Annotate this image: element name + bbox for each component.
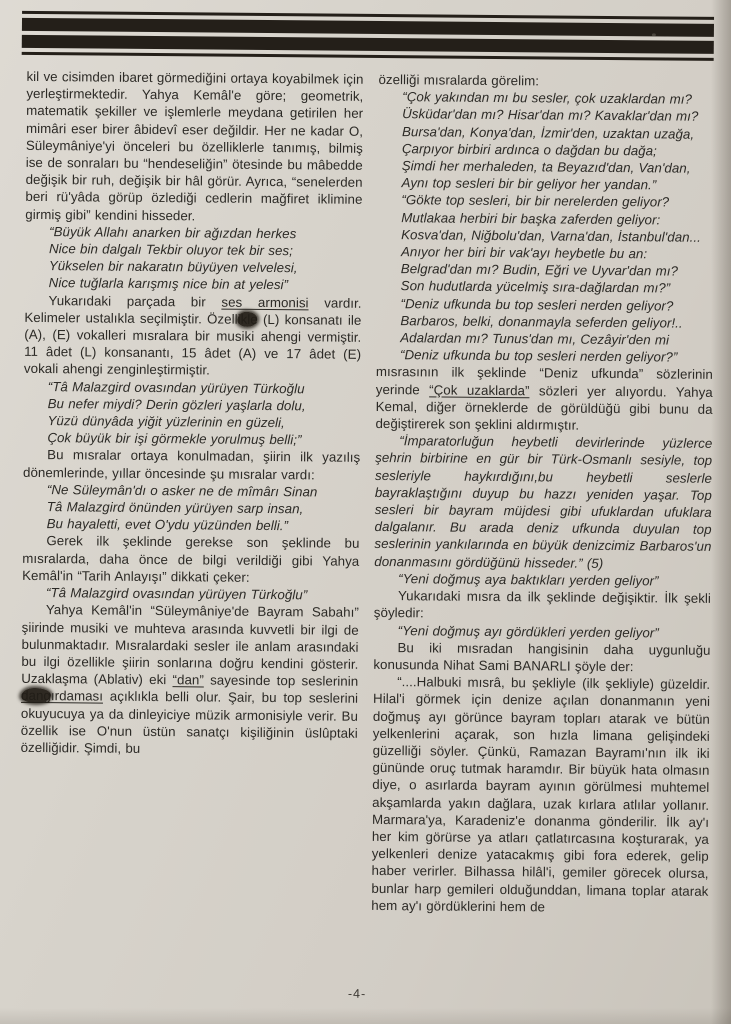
column-right: özelliği mısralarda görelim:“Çok yakında…	[371, 71, 715, 917]
ink-blot: ikle	[238, 312, 258, 327]
header-rule-thick-2	[22, 35, 714, 54]
paragraph: Yukarıdaki parçada bir ses armonisi vard…	[24, 292, 362, 381]
scanned-page: kil ve cisimden ibaret görmediğini ortay…	[0, 0, 731, 1024]
page-bottom-shadow	[0, 1008, 731, 1024]
text-run: Yukarıdaki mısra da ilk şeklinde değişik…	[374, 588, 711, 620]
paragraph: Bu iki mısradan hangisinin daha uygunluğ…	[373, 639, 710, 676]
paragraph: kil ve cisimden ibaret görmediğini ortay…	[25, 68, 363, 226]
ink-blot: dang	[21, 688, 51, 703]
paragraph: “....Halbuki mısrâ, bu şekliyle (ilk şek…	[371, 673, 710, 917]
underlined-text: “Çok uzaklarda”	[429, 382, 529, 398]
header-rule-bars	[22, 11, 714, 61]
text-run: “....Halbuki mısrâ, bu şekliyle (ilk şek…	[371, 674, 710, 914]
paragraph: Yahya Kemâl'in “Süleymâniye'de Bayram Sa…	[21, 601, 359, 759]
header-rule-thick-1	[22, 18, 714, 37]
underlined-text: ses armonisi	[221, 294, 308, 310]
text-run: Yukarıdaki parçada bir	[48, 293, 221, 310]
text-run: sayesinde top seslerinin	[204, 673, 359, 689]
page-number: -4-	[0, 984, 723, 1004]
text-columns: kil ve cisimden ibaret görmediğini ortay…	[19, 68, 716, 917]
paragraph: Bu mısralar ortaya konulmadan, şiirin il…	[23, 446, 360, 483]
text-run: Gerek ilk şeklinde gerekse son şeklinde …	[22, 534, 359, 585]
paragraph: Gerek ilk şeklinde gerekse son şeklinde …	[22, 532, 359, 587]
verse-block: “Tâ Malazgird ovasından yürüyen Türkoğlu…	[23, 378, 361, 450]
column-left: kil ve cisimden ibaret görmediğini ortay…	[19, 68, 363, 914]
paragraph: mısrasının ilk şeklinde “Deniz ufkunda” …	[375, 363, 713, 435]
page-sheet: kil ve cisimden ibaret görmediğini ortay…	[0, 0, 731, 1024]
text-run: Bu iki mısradan hangisinin daha uygunluğ…	[373, 640, 710, 674]
underlined-text: “dan”	[173, 672, 204, 687]
text-run: “İmparatorluğun heybetli devirlerinde yü…	[374, 433, 712, 570]
verse-block: “Çok yakından mı bu sesler, çok uzaklard…	[378, 88, 716, 194]
page-edge-shadow	[711, 0, 731, 1024]
verse-block: “Büyük Allahı anarken bir ağızdan herkes…	[25, 223, 363, 295]
text-run: özelliği mısralarda görelim:	[378, 72, 539, 88]
paragraph: Yukarıdaki mısra da ilk şeklinde değişik…	[374, 587, 711, 624]
underlined-text: ırdaması	[51, 688, 103, 703]
header-rule-thin-bottom	[22, 52, 714, 61]
verse-block: “Gökte top sesleri, bir bir nerelerden g…	[377, 191, 715, 297]
text-run: kil ve cisimden ibaret görmediğini ortay…	[25, 69, 363, 223]
verse-block: “Deniz ufkunda bu top sesleri nerden gel…	[376, 295, 713, 350]
text-run: Bu mısralar ortaya konulmadan, şiirin il…	[23, 448, 360, 483]
paragraph: “İmparatorluğun heybetli devirlerinde yü…	[374, 432, 712, 573]
ink-speck	[652, 33, 656, 36]
verse-block: “Ne Süleymân'dı o asker ne de mîmârı Sin…	[23, 481, 360, 536]
